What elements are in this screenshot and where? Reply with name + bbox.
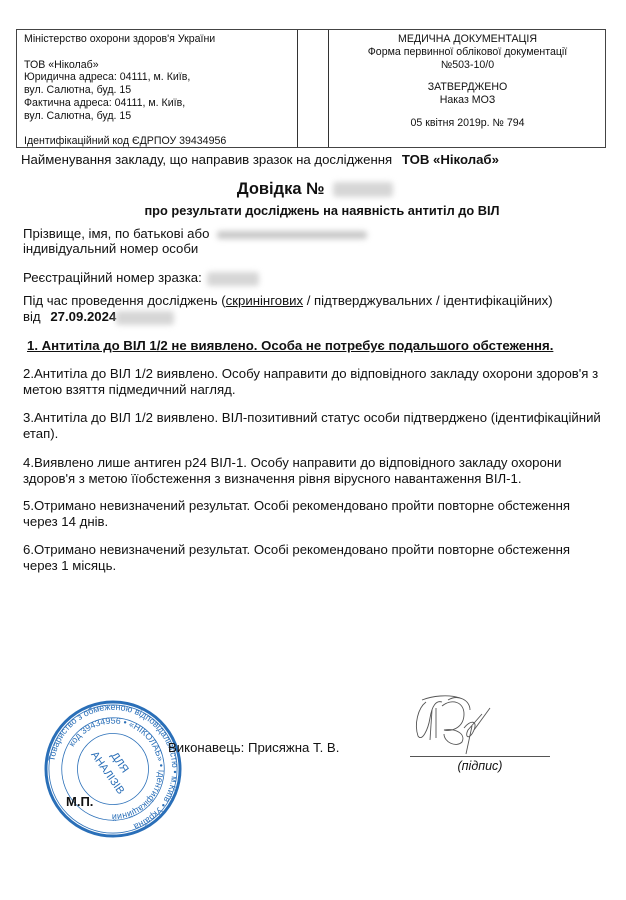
certificate-subtitle: про результати досліджень на наявність а… [0,203,626,218]
edrpou-code: Ідентифікаційний код ЄДРПОУ 39434956 [24,135,226,148]
column-divider [297,30,298,147]
result-option-line2: через 1 місяць. [23,558,570,574]
order-label: Наказ МОЗ [330,94,605,107]
result-option-line1: 4.Виявлено лише антиген р24 ВІЛ-1. Особу… [23,455,561,471]
study-date-label: від [23,309,41,324]
medical-doc-title: МЕДИЧНА ДОКУМЕНТАЦІЯ [330,33,605,46]
signature-caption: (підпис) [410,759,550,773]
ministry-name: Міністерство охорони здоров'я України [24,33,226,46]
form-line: Форма первинної облікової документації [330,46,605,59]
approved-label: ЗАТВЕРДЖЕНО [330,81,605,94]
person-label-text: Прізвище, імя, по батькові або [23,226,209,241]
legal-address-line2: вул. Салютна, буд. 15 [24,84,226,97]
study-type-line: Під час проведення досліджень (скринінго… [23,293,553,309]
certificate-number-redacted [333,182,393,197]
result-option-line1: 6.Отримано невизначений результат. Особі… [23,542,570,558]
legal-address-line1: Юридична адреса: 04111, м. Київ, [24,71,226,84]
study-type-screening: скринінгових [226,293,303,308]
sample-label: Реєстраційний номер зразка: [23,270,202,285]
header-table: Міністерство охорони здоров'я України ТО… [16,29,606,148]
certificate-title: Довідка № [0,180,626,199]
institution-label: Найменування закладу, що направив зразок… [21,152,392,167]
certificate-title-text: Довідка № [237,180,325,198]
sample-line: Реєстраційний номер зразка: [23,270,259,286]
form-number: №503-10/0 [330,59,605,72]
column-divider [328,30,329,147]
result-option-line1: 3.Антитіла до ВІЛ 1/2 виявлено. ВІЛ-пози… [23,410,601,426]
result-option-line2: метою взяття підмедичний нагляд. [23,382,598,398]
header-left-cell: Міністерство охорони здоров'я України ТО… [24,33,226,148]
result-option-line1: 1. Антитіла до ВІЛ 1/2 не виявлено. Особ… [27,338,553,354]
result-option-line2: етап). [23,426,601,442]
signature-icon [408,690,508,758]
actual-address-line2: вул. Салютна, буд. 15 [24,110,226,123]
person-name-redacted [217,231,367,239]
order-date: 05 квітня 2019р. № 794 [330,117,605,130]
study-date-value: 27.09.2024 [50,309,116,324]
study-date-line: від 27.09.2024 [23,309,174,325]
result-option: 2.Антитіла до ВІЛ 1/2 виявлено. Особу на… [23,366,598,397]
executor-name: Виконавець: Присяжна Т. В. [168,740,339,756]
header-right-cell: МЕДИЧНА ДОКУМЕНТАЦІЯ Форма первинної обл… [330,33,605,130]
study-prefix: Під час проведення досліджень ( [23,293,226,308]
seal-label: М.П. [66,794,93,810]
result-option-line1: 5.Отримано невизначений результат. Особі… [23,498,570,514]
institution-value: ТОВ «Ніколаб» [402,152,499,167]
study-type-rest: / підтверджувальних / ідентифікаційних) [303,293,553,308]
institution-line: Найменування закладу, що направив зразок… [21,152,499,168]
signature-line [410,756,550,757]
sample-number-redacted [207,272,259,286]
svg-text:ДЛЯ АНАЛІЗІВ: ДЛЯ АНАЛІЗІВ [88,740,139,796]
result-option: 6.Отримано невизначений результат. Особі… [23,542,570,573]
result-option: 1. Антитіла до ВІЛ 1/2 не виявлено. Особ… [27,338,553,354]
company-stamp-icon: Товариство з обмеженою відповідальністю … [44,700,182,838]
result-option-line1: 2.Антитіла до ВІЛ 1/2 виявлено. Особу на… [23,366,598,382]
person-label-line1: Прізвище, імя, по батькові або [23,226,367,242]
result-option: 3.Антитіла до ВІЛ 1/2 виявлено. ВІЛ-пози… [23,410,601,441]
result-option: 4.Виявлено лише антиген р24 ВІЛ-1. Особу… [23,455,561,486]
result-option-line2: через 14 днів. [23,514,570,530]
company-name: ТОВ «Ніколаб» [24,59,226,72]
result-option: 5.Отримано невизначений результат. Особі… [23,498,570,529]
person-label-line2: індивідуальний номер особи [23,241,198,257]
actual-address-line1: Фактична адреса: 04111, м. Київ, [24,97,226,110]
result-option-line2: здоров'я з метою їїобстеження з визначен… [23,471,561,487]
study-time-redacted [116,311,174,325]
